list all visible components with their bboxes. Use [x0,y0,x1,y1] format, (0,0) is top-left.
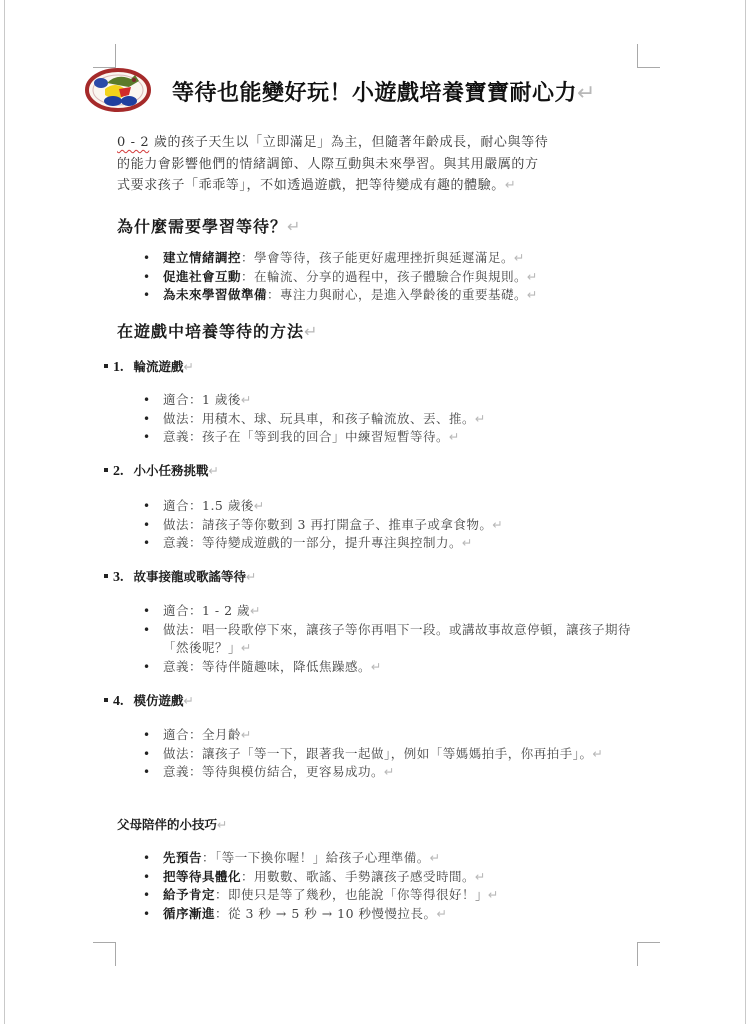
tips-list: 先預告：「等一下換你喔！」給孩子心理準備。↵ 把等待具體化：用數數、歌謠、手勢讓… [138,849,638,923]
list-item: 適合：1 - 2 歲↵ [138,602,638,621]
list-item: 促進社會互動：在輪流、分享的過程中，孩子體驗合作與規則。↵ [138,268,638,287]
square-bullet-icon [104,468,108,472]
item-text: 意義：等待與模仿結合，更容易成功。 [163,764,384,779]
list-item: 給予肯定：即使只是等了幾秒，也能說「你等得很好！」↵ [138,886,638,905]
intro-line-3: 式要求孩子「乖乖等」，不如透過遊戲，把等待變成有趣的體驗。↵ [117,175,637,197]
paragraph-mark: ↵ [371,659,382,674]
method-number: 2. [113,464,124,479]
list-item: 做法：請孩子等你數到 3 再打開盒子、推車子或拿食物。↵ [138,516,638,535]
why-list: 建立情緒調控：學會等待，孩子能更好處理挫折與延遲滿足。↵ 促進社會互動：在輪流、… [138,249,638,305]
item-text: 做法：請孩子等你數到 3 再打開盒子、推車子或拿食物。 [163,517,492,532]
list-item: 做法：唱一段歌停下來，讓孩子等你再唱下一段。或講故事故意停頓，讓孩子期待「然後呢… [138,621,633,658]
method-4-list: 適合：全月齡↵ 做法：讓孩子「等一下，跟著我一起做」，例如「等媽媽拍手，你再拍手… [138,726,638,782]
intro-text: 歲的孩子天生以「立即滿足」為主，但隨著年齡成長，耐心與等待 [149,135,548,150]
spellcheck-flag[interactable]: 0 - 2 [117,135,149,150]
item-text: ：「等一下換你喔！」給孩子心理準備。 [202,850,430,865]
item-label: 循序漸進 [163,906,215,921]
paragraph-mark: ↵ [184,359,194,374]
method-name: 模仿遊戲 [134,693,184,708]
paragraph-mark: ↵ [488,887,499,902]
item-text: 做法：讓孩子「等一下，跟著我一起做」，例如「等媽媽拍手，你再拍手」。 [163,746,593,761]
margin-corner-top-right [637,44,660,68]
method-number: 1. [113,360,124,375]
paragraph-mark: ↵ [287,217,301,236]
intro-paragraph: 0 - 2 歲的孩子天生以「立即滿足」為主，但隨著年齡成長，耐心與等待 的能力會… [117,132,637,197]
item-text: ：用數數、歌謠、手勢讓孩子感受時間。 [241,869,475,884]
intro-line-2: 的能力會影響他們的情緒調節、人際互動與未來學習。與其用嚴厲的方 [117,154,637,176]
list-item: 把等待具體化：用數數、歌謠、手勢讓孩子感受時間。↵ [138,868,638,887]
heading-text: 父母陪伴的小技巧 [117,817,217,832]
item-text: 適合：1 - 2 歲 [163,603,250,618]
method-3-list: 適合：1 - 2 歲↵ 做法：唱一段歌停下來，讓孩子等你再唱下一段。或講故事故意… [138,602,638,676]
paragraph-mark: ↵ [593,746,604,761]
item-text: 做法：用積木、球、玩具車，和孩子輪流放、丟、推。 [163,411,475,426]
item-text: ：學會等待，孩子能更好處理挫折與延遲滿足。 [241,250,514,265]
item-label: 為未來學習做準備 [163,287,267,302]
method-name: 小小任務挑戰 [134,463,209,478]
title-text: 等待也能變好玩！小遊戲培養寶寶耐心力 [172,80,577,106]
paragraph-mark: ↵ [246,569,256,584]
paragraph-mark: ↵ [254,498,265,513]
heading-parent-tips: 父母陪伴的小技巧↵ [117,815,228,833]
paragraph-mark: ↵ [241,727,252,742]
paragraph-mark: ↵ [577,81,596,106]
margin-corner-bottom-right [637,942,660,966]
item-text: ：即使只是等了幾秒，也能說「你等得很好！」 [215,887,488,902]
item-text: ：在輪流、分享的過程中，孩子體驗合作與規則。 [241,269,527,284]
document-title: 等待也能變好玩！小遊戲培養寶寶耐心力↵ [172,76,596,107]
list-item: 為未來學習做準備：專注力與耐心，是進入學齡後的重要基礎。↵ [138,286,638,305]
square-bullet-icon [104,698,108,702]
list-item: 意義：孩子在「等到我的回合」中練習短暫等待。↵ [138,428,638,447]
paragraph-mark: ↵ [241,392,252,407]
method-heading-4: 4.模仿遊戲↵ [104,691,194,710]
margin-corner-bottom-left [93,942,116,966]
list-item: 意義：等待與模仿結合，更容易成功。↵ [138,763,638,782]
paragraph-mark: ↵ [449,429,460,444]
list-item: 意義：等待變成遊戲的一部分，提升專注與控制力。↵ [138,534,638,553]
paragraph-mark: ↵ [437,906,448,921]
item-text: 做法：唱一段歌停下來，讓孩子等你再唱下一段。或講故事故意停頓，讓孩子期待「然後呢… [163,622,631,656]
method-heading-2: 2.小小任務挑戰↵ [104,461,219,480]
item-text: ：從 3 秒 → 5 秒 → 10 秒慢慢拉長。 [215,906,437,921]
paragraph-mark: ↵ [527,269,538,284]
method-1-list: 適合：1 歲後↵ 做法：用積木、球、玩具車，和孩子輪流放、丟、推。↵ 意義：孩子… [138,391,638,447]
paragraph-mark: ↵ [505,178,517,193]
paragraph-mark: ↵ [184,693,194,708]
list-item: 循序漸進：從 3 秒 → 5 秒 → 10 秒慢慢拉長。↵ [138,905,638,924]
item-text: ：專注力與耐心，是進入學齡後的重要基礎。 [267,287,527,302]
paragraph-mark: ↵ [241,640,252,655]
list-item: 適合：全月齡↵ [138,726,638,745]
item-label: 建立情緒調控 [163,250,241,265]
margin-corner-top-left [93,44,116,68]
heading-why-wait: 為什麼需要學習等待？↵ [117,214,301,237]
item-text: 意義：等待伴隨趣味，降低焦躁感。 [163,659,371,674]
paragraph-mark: ↵ [250,603,261,618]
list-item: 做法：讓孩子「等一下，跟著我一起做」，例如「等媽媽拍手，你再拍手」。↵ [138,745,633,764]
method-name: 輪流遊戲 [134,359,184,374]
paragraph-mark: ↵ [475,869,486,884]
item-label: 給予肯定 [163,887,215,902]
method-name: 故事接龍或歌謠等待 [134,569,247,584]
paragraph-mark: ↵ [514,250,525,265]
method-heading-3: 3.故事接龍或歌謠等待↵ [104,567,257,586]
square-bullet-icon [104,364,108,368]
paragraph-mark: ↵ [527,287,538,302]
paragraph-mark: ↵ [492,517,503,532]
paragraph-mark: ↵ [384,764,395,779]
cartoon-character-logo-icon[interactable] [85,67,151,113]
paragraph-mark: ↵ [209,463,219,478]
paragraph-mark: ↵ [475,411,486,426]
list-item: 適合：1 歲後↵ [138,391,638,410]
intro-line-1: 0 - 2 歲的孩子天生以「立即滿足」為主，但隨著年齡成長，耐心與等待 [117,132,637,154]
method-2-list: 適合：1.5 歲後↵ 做法：請孩子等你數到 3 再打開盒子、推車子或拿食物。↵ … [138,497,638,553]
paragraph-mark: ↵ [217,817,227,832]
paragraph-mark: ↵ [430,850,441,865]
item-label: 把等待具體化 [163,869,241,884]
intro-text: 式要求孩子「乖乖等」，不如透過遊戲，把等待變成有趣的體驗。 [117,178,505,193]
item-text: 意義：等待變成遊戲的一部分，提升專注與控制力。 [163,535,462,550]
square-bullet-icon [104,574,108,578]
method-number: 4. [113,694,124,709]
item-label: 促進社會互動 [163,269,241,284]
item-text: 適合：全月齡 [163,727,241,742]
paragraph-mark: ↵ [304,322,318,341]
list-item: 做法：用積木、球、玩具車，和孩子輪流放、丟、推。↵ [138,410,638,429]
item-text: 意義：孩子在「等到我的回合」中練習短暫等待。 [163,429,449,444]
paragraph-mark: ↵ [462,535,473,550]
list-item: 適合：1.5 歲後↵ [138,497,638,516]
heading-text: 在遊戲中培養等待的方法 [117,322,304,341]
list-item: 先預告：「等一下換你喔！」給孩子心理準備。↵ [138,849,638,868]
list-item: 建立情緒調控：學會等待，孩子能更好處理挫折與延遲滿足。↵ [138,249,638,268]
heading-text: 為什麼需要學習等待？ [117,217,287,236]
item-label: 先預告 [163,850,202,865]
method-heading-1: 1.輪流遊戲↵ [104,357,194,376]
heading-methods: 在遊戲中培養等待的方法↵ [117,319,318,342]
list-item: 意義：等待伴隨趣味，降低焦躁感。↵ [138,658,638,677]
item-text: 適合：1 歲後 [163,392,241,407]
item-text: 適合：1.5 歲後 [163,498,254,513]
method-number: 3. [113,570,124,585]
